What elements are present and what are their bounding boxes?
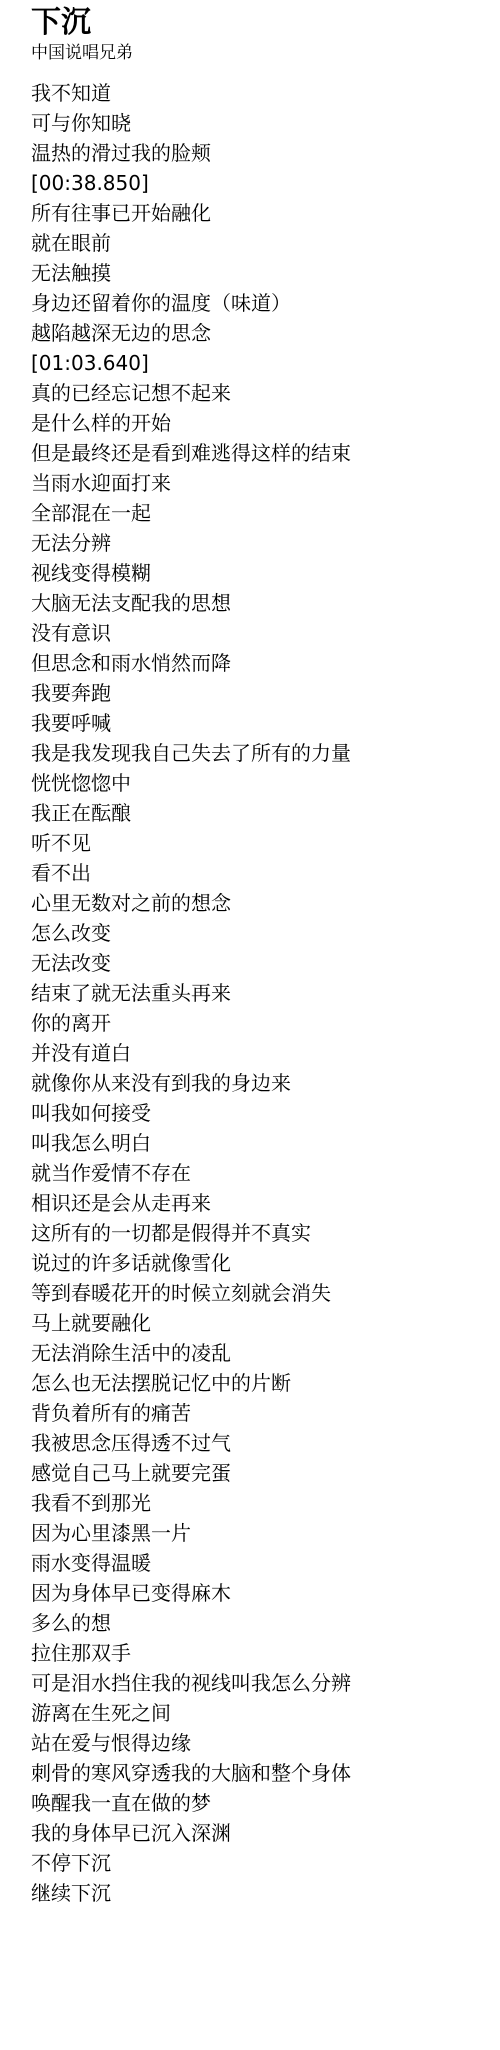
lyric-line: 我要奔跑 <box>31 678 480 708</box>
lyric-line: 听不见 <box>31 828 480 858</box>
lyric-line: 无法消除生活中的凌乱 <box>31 1338 480 1368</box>
lyric-line: 我是我发现我自己失去了所有的力量 <box>31 738 480 768</box>
lyric-line: 就当作爱情不存在 <box>31 1158 480 1188</box>
lyric-line: 感觉自己马上就要完蛋 <box>31 1458 480 1488</box>
lyrics-body: 我不知道可与你知晓温热的滑过我的脸颊[00:38.850]所有往事已开始融化就在… <box>31 78 480 1908</box>
lyric-line: 你的离开 <box>31 1008 480 1038</box>
lyric-line: 视线变得模糊 <box>31 558 480 588</box>
lyric-line: 并没有道白 <box>31 1038 480 1068</box>
lyric-line: 可与你知晓 <box>31 108 480 138</box>
lyric-line: 无法触摸 <box>31 258 480 288</box>
lyric-line: 心里无数对之前的想念 <box>31 888 480 918</box>
lyric-line: 唤醒我一直在做的梦 <box>31 1788 480 1818</box>
lyric-line: 无法分辨 <box>31 528 480 558</box>
lyric-line: 无法改变 <box>31 948 480 978</box>
lyric-line: 不停下沉 <box>31 1848 480 1878</box>
lyric-line: 雨水变得温暖 <box>31 1548 480 1578</box>
lyric-line: 等到春暖花开的时候立刻就会消失 <box>31 1278 480 1308</box>
lyric-line: 是什么样的开始 <box>31 408 480 438</box>
lyric-line: 可是泪水挡住我的视线叫我怎么分辨 <box>31 1668 480 1698</box>
lyric-line: 看不出 <box>31 858 480 888</box>
lyric-line: 因为心里漆黑一片 <box>31 1518 480 1548</box>
lyric-line: 恍恍惚惚中 <box>31 768 480 798</box>
lyric-line: 所有往事已开始融化 <box>31 198 480 228</box>
lyric-line: 大脑无法支配我的思想 <box>31 588 480 618</box>
lyric-line: 真的已经忘记想不起来 <box>31 378 480 408</box>
lyric-line: 身边还留着你的温度（味道） <box>31 288 480 318</box>
song-title: 下沉 <box>31 6 480 39</box>
lyric-line: 我看不到那光 <box>31 1488 480 1518</box>
lyric-line: 我要呼喊 <box>31 708 480 738</box>
timestamp-line: [01:03.640] <box>31 348 480 378</box>
lyric-line: 游离在生死之间 <box>31 1698 480 1728</box>
lyric-line: 多么的想 <box>31 1608 480 1638</box>
lyric-line: 相识还是会从走再来 <box>31 1188 480 1218</box>
lyric-line: 叫我如何接受 <box>31 1098 480 1128</box>
lyric-line: 我的身体早已沉入深渊 <box>31 1818 480 1848</box>
lyric-line: 站在爱与恨得边缘 <box>31 1728 480 1758</box>
lyric-line: 没有意识 <box>31 618 480 648</box>
lyric-line: 拉住那双手 <box>31 1638 480 1668</box>
lyric-line: 刺骨的寒风穿透我的大脑和整个身体 <box>31 1758 480 1788</box>
lyric-line: 怎么改变 <box>31 918 480 948</box>
lyric-line: 因为身体早已变得麻木 <box>31 1578 480 1608</box>
lyric-line: 继续下沉 <box>31 1878 480 1908</box>
lyric-line: 说过的许多话就像雪化 <box>31 1248 480 1278</box>
lyric-line: 这所有的一切都是假得并不真实 <box>31 1218 480 1248</box>
lyrics-page: 下沉 中国说唱兄弟 我不知道可与你知晓温热的滑过我的脸颊[00:38.850]所… <box>0 0 500 1908</box>
lyric-line: 马上就要融化 <box>31 1308 480 1338</box>
lyric-line: 我不知道 <box>31 78 480 108</box>
lyric-line: 温热的滑过我的脸颊 <box>31 138 480 168</box>
artist-name: 中国说唱兄弟 <box>31 43 480 63</box>
timestamp-line: [00:38.850] <box>31 168 480 198</box>
lyric-line: 当雨水迎面打来 <box>31 468 480 498</box>
lyric-line: 全部混在一起 <box>31 498 480 528</box>
lyric-line: 但思念和雨水悄然而降 <box>31 648 480 678</box>
lyric-line: 但是最终还是看到难逃得这样的结束 <box>31 438 480 468</box>
lyric-line: 怎么也无法摆脱记忆中的片断 <box>31 1368 480 1398</box>
lyric-line: 叫我怎么明白 <box>31 1128 480 1158</box>
lyric-line: 我正在酝酿 <box>31 798 480 828</box>
lyric-line: 我被思念压得透不过气 <box>31 1428 480 1458</box>
lyric-line: 越陷越深无边的思念 <box>31 318 480 348</box>
lyric-line: 背负着所有的痛苦 <box>31 1398 480 1428</box>
lyric-line: 就像你从来没有到我的身边来 <box>31 1068 480 1098</box>
lyric-line: 就在眼前 <box>31 228 480 258</box>
lyric-line: 结束了就无法重头再来 <box>31 978 480 1008</box>
